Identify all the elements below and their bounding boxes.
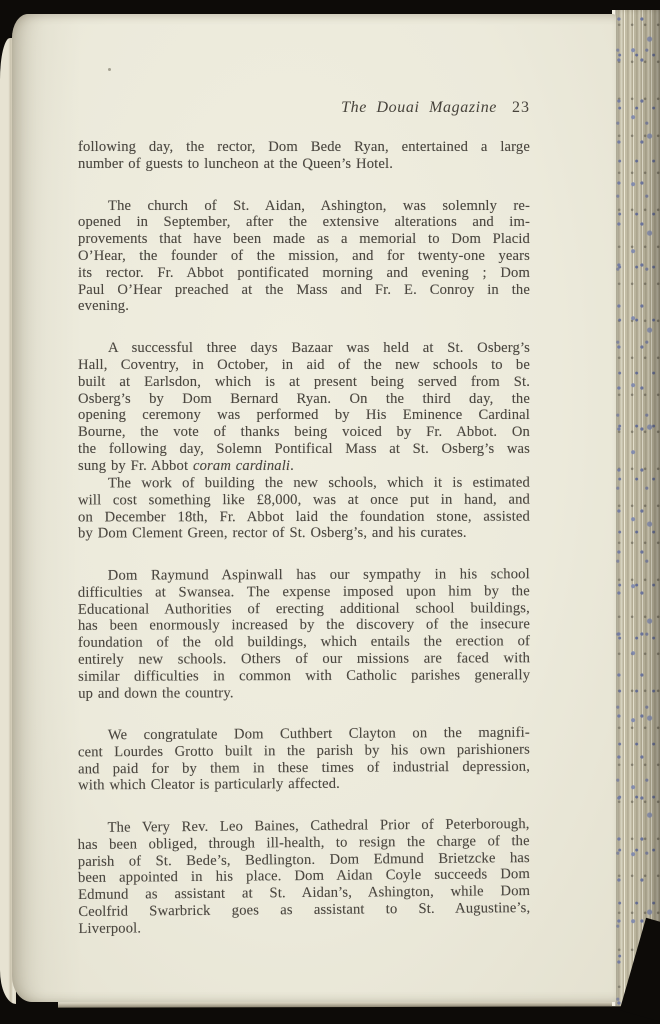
text-line: entirely new schools. Others of our miss…: [78, 650, 530, 668]
paragraph: We congratulate Dom Cuthbert Clayton on …: [78, 725, 530, 795]
text-line: Liverpool.: [78, 917, 530, 938]
journal-title: The Douai Magazine: [341, 99, 497, 116]
text-line: its rector. Fr. Abbot pontificated morni…: [78, 265, 530, 282]
text-line: following day, the rector, Dom Bede Ryan…: [78, 139, 530, 156]
article-text: following day, the rector, Dom Bede Ryan…: [78, 139, 530, 936]
text-line: Paul O’Hear preached at the Mass and Fr.…: [78, 282, 530, 299]
text-line: Hall, Coventry, in October, in aid of th…: [78, 357, 530, 374]
text-line: and paid for by them in these times of i…: [78, 758, 530, 778]
text-line: difficulties at Swansea. The expense imp…: [78, 583, 530, 601]
paragraph: The work of building the new schools, wh…: [78, 474, 530, 542]
running-header: The Douai Magazine23: [78, 98, 530, 118]
text-line: has been enormously increased by the dis…: [78, 616, 530, 634]
text-line: The church of St. Aidan, Ashington, was …: [78, 198, 530, 215]
text-line: with which Cleator is particularly affec…: [78, 775, 530, 795]
text-line: by Dom Clement Green, rector of St. Osbe…: [78, 525, 530, 543]
text-line: Dom Raymund Aspinwall has our sympathy i…: [78, 566, 530, 584]
text-line: A successful three days Bazaar was held …: [78, 340, 530, 357]
paragraph: A successful three days Bazaar was held …: [78, 340, 530, 474]
text-line: number of guests to luncheon at the Quee…: [78, 156, 530, 173]
text-line: Osberg’s by Dom Bernard Ryan. On the thi…: [78, 391, 530, 408]
text-line: on December 18th, Fr. Abbot laid the fou…: [78, 508, 530, 526]
text-line: foundation of the old buildings, which e…: [78, 633, 530, 651]
text-line: O’Hear, the founder of the mission, and …: [78, 248, 530, 265]
text-line: evening.: [78, 298, 530, 315]
page-content: The Douai Magazine23 following day, the …: [78, 14, 530, 936]
page-number: 23: [512, 99, 530, 116]
page-sheet: The Douai Magazine23 following day, the …: [12, 14, 616, 1002]
text-line: opening ceremony was performed by His Em…: [78, 407, 530, 424]
text-line: sung by Fr. Abbot coram cardinali.: [78, 458, 530, 475]
paragraph: The Very Rev. Leo Baines, Cathedral Prio…: [77, 816, 530, 938]
text-line: will cost something like £8,000, was at …: [78, 491, 530, 509]
paragraph: The church of St. Aidan, Ashington, was …: [78, 198, 530, 316]
text-line: up and down the country.: [78, 684, 530, 702]
paragraph: following day, the rector, Dom Bede Ryan…: [78, 139, 530, 173]
text-line: the following day, Solemn Pontifical Mas…: [78, 441, 530, 458]
text-line: similar difficulties in common with Cath…: [78, 667, 530, 685]
text-line: opened in September, after the extensive…: [78, 214, 530, 231]
text-line: Bourne, the vote of thanks being voiced …: [78, 424, 530, 441]
text-line: The work of building the new schools, wh…: [78, 474, 530, 492]
book-page-scan: The Douai Magazine23 following day, the …: [0, 0, 660, 1024]
fore-edge-page-stack: [612, 10, 660, 1006]
paragraph: Dom Raymund Aspinwall has our sympathy i…: [78, 566, 530, 702]
text-line: provements that have been made as a memo…: [78, 231, 530, 248]
text-line: Educational Authorities of erecting addi…: [78, 600, 530, 618]
text-line: built at Earlsdon, which is at present b…: [78, 374, 530, 391]
